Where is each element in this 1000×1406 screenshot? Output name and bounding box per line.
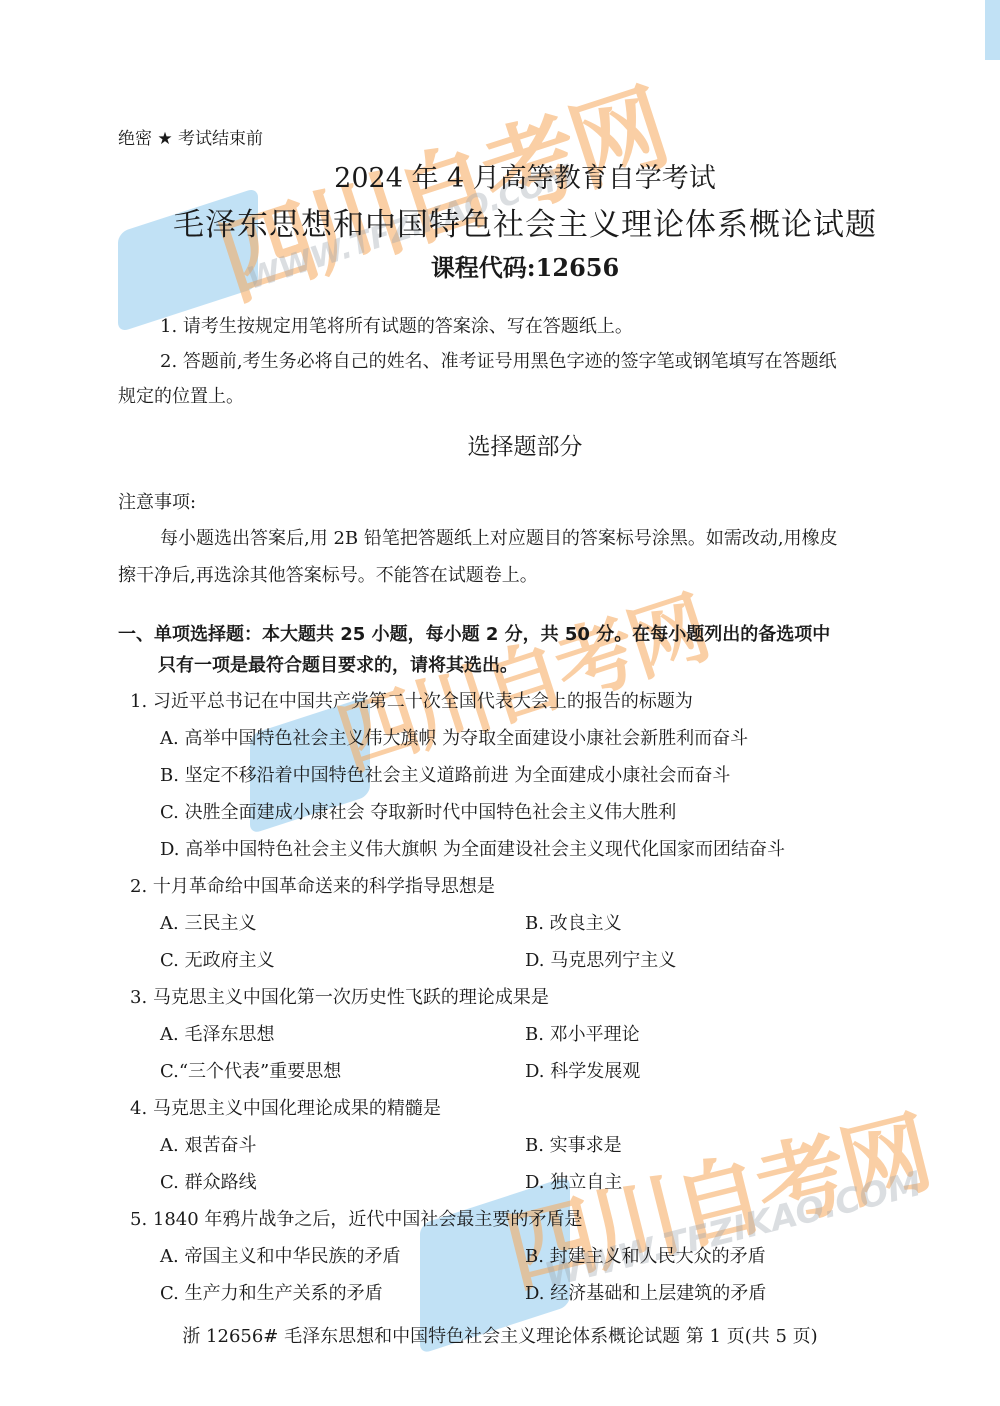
- question-2-option-a: A. 三民主义: [160, 909, 256, 935]
- question-3-stem: 3. 马克思主义中国化第一次历史性飞跃的理论成果是: [130, 983, 549, 1009]
- question-4-option-a: A. 艰苦奋斗: [160, 1131, 256, 1157]
- question-5-option-a: A. 帝国主义和中华民族的矛盾: [160, 1242, 400, 1268]
- question-3-option-d: D. 科学发展观: [525, 1057, 640, 1083]
- course-code: 课程代码:12656: [0, 248, 1000, 283]
- question-4-stem: 4. 马克思主义中国化理论成果的精髓是: [130, 1094, 441, 1120]
- exam-title: 2024 年 4 月高等教育自学考试: [0, 156, 1000, 195]
- question-5-option-d: D. 经济基础和上层建筑的矛盾: [525, 1279, 766, 1305]
- section-title: 选择题部分: [0, 428, 1000, 461]
- page-footer: 浙 12656# 毛泽东思想和中国特色社会主义理论体系概论试题 第 1 页(共 …: [0, 1322, 1000, 1348]
- secret-label: 绝密 ★ 考试结束前: [118, 124, 263, 149]
- question-3-option-b: B. 邓小平理论: [525, 1020, 640, 1046]
- instruction-2: 2. 答题前,考生务必将自己的姓名、准考证号用黑色字迹的签字笔或钢笔填写在答题纸: [160, 347, 837, 373]
- question-2-stem: 2. 十月革命给中国革命送来的科学指导思想是: [130, 872, 495, 898]
- question-3-option-a: A. 毛泽东思想: [160, 1020, 274, 1046]
- notice-line-1: 每小题选出答案后,用 2B 铅笔把答题纸上对应题目的答案标号涂黑。如需改动,用橡…: [160, 524, 838, 550]
- question-4-option-b: B. 实事求是: [525, 1131, 622, 1157]
- subject-title: 毛泽东思想和中国特色社会主义理论体系概论试题: [0, 199, 1000, 244]
- question-1-option-b: B. 坚定不移沿着中国特色社会主义道路前进 为全面建成小康社会而奋斗: [160, 761, 730, 787]
- exam-page: 绝密 ★ 考试结束前 2024 年 4 月高等教育自学考试 毛泽东思想和中国特色…: [0, 0, 1000, 1406]
- part-one-heading: 一、单项选择题：本大题共 25 小题，每小题 2 分，共 50 分。在每小题列出…: [118, 620, 830, 646]
- question-4-option-d: D. 独立自主: [525, 1168, 622, 1194]
- question-1-stem: 1. 习近平总书记在中国共产党第二十次全国代表大会上的报告的标题为: [130, 687, 693, 713]
- question-5-option-c: C. 生产力和生产关系的矛盾: [160, 1279, 383, 1305]
- part-one-heading-cont: 只有一项是最符合题目要求的，请将其选出。: [158, 651, 518, 677]
- instruction-1: 1. 请考生按规定用笔将所有试题的答案涂、写在答题纸上。: [160, 312, 633, 338]
- notice-label: 注意事项:: [118, 488, 196, 514]
- instruction-2-cont: 规定的位置上。: [118, 382, 244, 408]
- question-5-option-b: B. 封建主义和人民大众的矛盾: [525, 1242, 766, 1268]
- question-2-option-c: C. 无政府主义: [160, 946, 275, 972]
- question-5-stem: 5. 1840 年鸦片战争之后，近代中国社会最主要的矛盾是: [130, 1205, 582, 1231]
- question-1-option-d: D. 高举中国特色社会主义伟大旗帜 为全面建设社会主义现代化国家而团结奋斗: [160, 835, 785, 861]
- question-1-option-c: C. 决胜全面建成小康社会 夺取新时代中国特色社会主义伟大胜利: [160, 798, 676, 824]
- question-4-option-c: C. 群众路线: [160, 1168, 257, 1194]
- question-1-option-a: A. 高举中国特色社会主义伟大旗帜 为夺取全面建设小康社会新胜利而奋斗: [160, 724, 748, 750]
- notice-line-2: 擦干净后,再选涂其他答案标号。不能答在试题卷上。: [118, 561, 538, 587]
- question-3-option-c: C.“三个代表”重要思想: [160, 1057, 341, 1083]
- question-2-option-d: D. 马克思列宁主义: [525, 946, 676, 972]
- question-2-option-b: B. 改良主义: [525, 909, 622, 935]
